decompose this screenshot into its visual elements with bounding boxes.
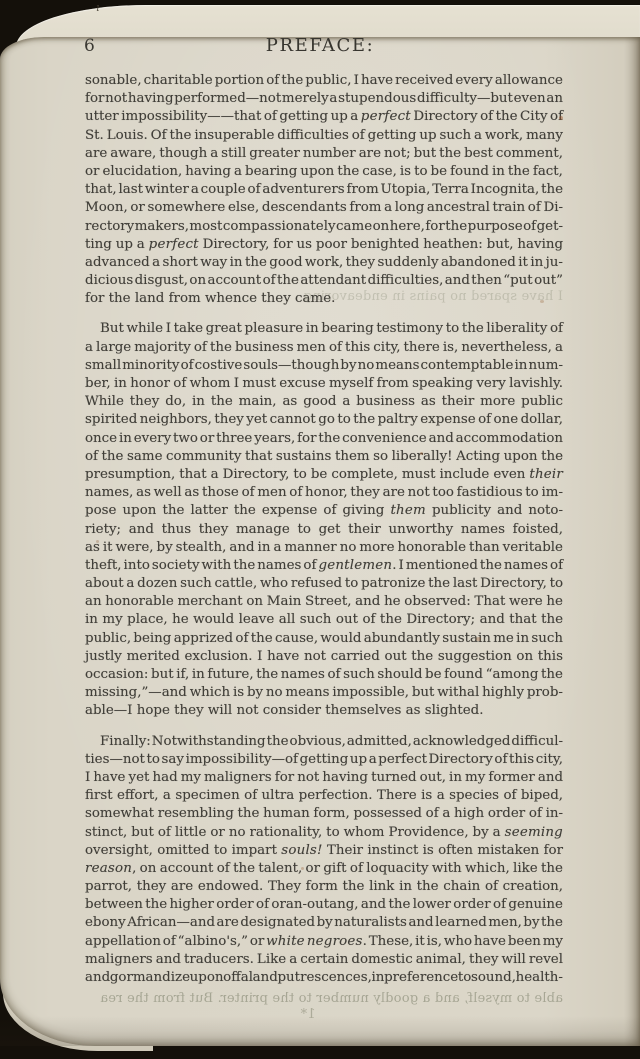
text-line: that, last winter a couple of adventurer… [85, 181, 563, 199]
text-line: dicious disgust, on account of the atten… [85, 272, 563, 290]
paragraph-2: But while I take great pleasure in beari… [85, 320, 563, 720]
text-line: first effort, a specimen of ultra perfec… [85, 787, 563, 805]
text-line: reason, on account of the talent, or gif… [85, 860, 563, 878]
text-line: ebony African—and are designated by natu… [85, 914, 563, 932]
text-line: occasion: but if, in future, the names o… [85, 666, 563, 684]
show-through-text: able to myself, and a goodly number to t… [85, 991, 563, 1006]
text-line: I have yet had my maligners for not havi… [85, 769, 563, 787]
show-through-text: I have spared no pains in endeavoring [295, 289, 563, 304]
foxing-stain [420, 452, 423, 455]
text-line: St. Louis. Of the insuperable difficulti… [85, 127, 563, 145]
text-line: Finally: Notwithstanding the obvious, ad… [100, 733, 563, 751]
text-line: sonable, charitable portion of the publi… [85, 72, 563, 90]
foxing-stain [301, 867, 304, 870]
text-line: or elucidation, having a bearing upon th… [85, 163, 563, 181]
text-line: riety; and thus they manage to get their… [85, 521, 563, 539]
text-line: appellation of “albino's,” or white negr… [85, 933, 563, 951]
foxing-stain [540, 300, 544, 303]
show-through-signature-mark: 1* [288, 1007, 328, 1022]
text-line: spirited neighbors, they yet cannot go t… [85, 411, 563, 429]
text-line: parrot, they are endowed. They form the … [85, 878, 563, 896]
text-line: once in every two or three years, for th… [85, 430, 563, 448]
text-line: theft, into society with the names of ge… [85, 557, 563, 575]
text-line: a large majority of the business men of … [85, 339, 563, 357]
paragraph-3: Finally: Notwithstanding the obvious, ad… [85, 733, 563, 988]
scan-artifact-mark: ı [96, 1, 100, 14]
text-line: Moon, or somewhere else, descendants fro… [85, 199, 563, 217]
text-line: are aware, though a still greater number… [85, 145, 563, 163]
text-line: of the same community that sustains them… [85, 448, 563, 466]
text-line: about a dozen such cattle, who refused t… [85, 575, 563, 593]
page-right-shadow [624, 37, 640, 1046]
text-line: But while I take great pleasure in beari… [100, 320, 563, 338]
page-title: PREFACE: [0, 35, 640, 56]
text-line: pose upon the latter the expense of givi… [85, 502, 563, 520]
text-line: names, as well as those of men of honor,… [85, 484, 563, 502]
text-line: able—I hope they will not consider thems… [85, 702, 563, 720]
foxing-stain [476, 637, 481, 641]
text-line: stinct, but of little or no rationality,… [85, 824, 563, 842]
paragraph-1: sonable, charitable portion of the publi… [85, 72, 563, 308]
text-line: ber, in honor of whom I must excuse myse… [85, 375, 563, 393]
foxing-stain [96, 540, 99, 543]
text-line: small minority of costive souls—though b… [85, 357, 563, 375]
text-line: missing,”—and which is by no means impos… [85, 684, 563, 702]
text-line: between the higher order of oran-outang,… [85, 896, 563, 914]
text-line: public, being apprized of the cause, wou… [85, 630, 563, 648]
text-line: advanced a short way in the good work, t… [85, 254, 563, 272]
text-line: oversight, omitted to impart souls! Thei… [85, 842, 563, 860]
text-line: maligners and traducers. Like a certain … [85, 951, 563, 969]
page-text: sonable, charitable portion of the publi… [85, 72, 563, 987]
foxing-stain [559, 116, 563, 120]
text-line: justly merited exclusion. I have not car… [85, 648, 563, 666]
text-line: rectory makers, most compassionately cam… [85, 218, 563, 236]
text-line: presumption, that a Directory, to be com… [85, 466, 563, 484]
text-line: ting up a perfect Directory, for us poor… [85, 236, 563, 254]
text-line: While they do, in the main, as good a bu… [85, 393, 563, 411]
text-line: in my place, he would leave all such out… [85, 611, 563, 629]
text-line: somewhat resembling the human form, poss… [85, 805, 563, 823]
text-line: ties—not to say impossibility—of getting… [85, 751, 563, 769]
text-line: and gormandize upon offal and putrescenc… [85, 969, 563, 987]
text-line: as it were, by stealth, and in a manner … [85, 539, 563, 557]
text-line: utter impossibility——that of getting up … [85, 108, 563, 126]
text-line: for not having performed—not merely a st… [85, 90, 563, 108]
text-line: an honorable merchant on Main Street, an… [85, 593, 563, 611]
